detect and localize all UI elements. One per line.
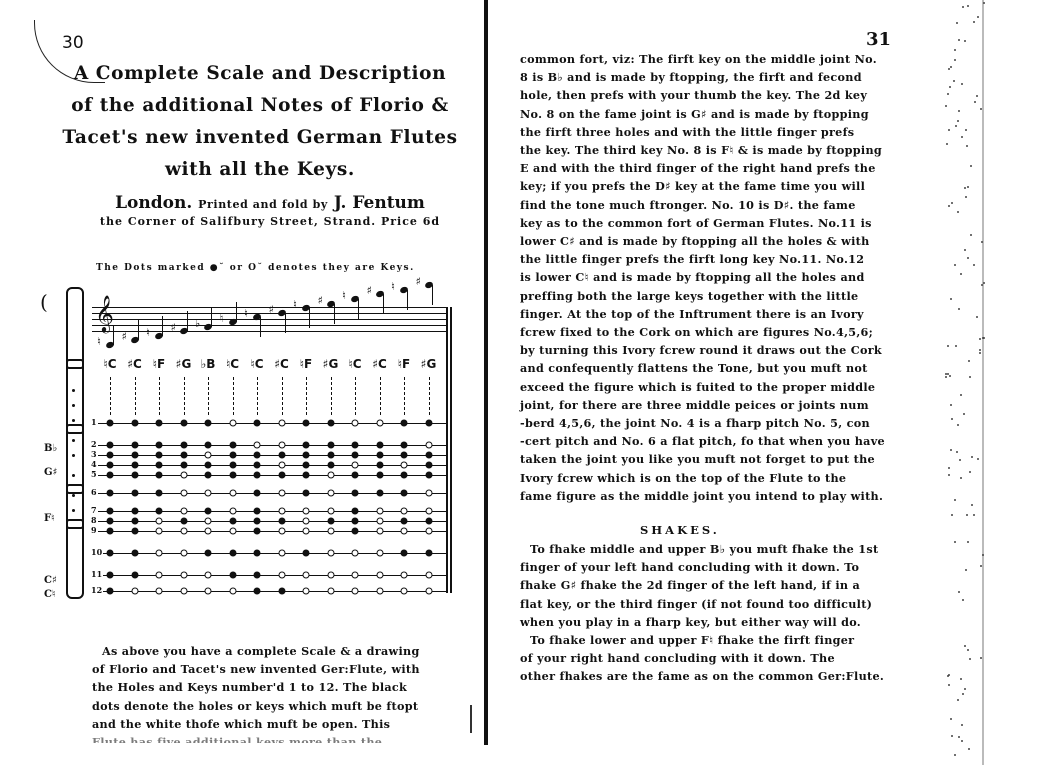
open-hole-dot	[327, 588, 334, 595]
body-line: 8 is B♭ and is made by ftopping, the fir…	[520, 68, 960, 86]
closed-hole-dot	[131, 572, 138, 579]
open-hole-dot	[376, 550, 383, 557]
final-barline	[446, 307, 448, 593]
closed-hole-dot	[180, 518, 187, 525]
note-stem	[309, 308, 310, 328]
imprint: London. Printed and fold by J. Fentum th…	[80, 193, 460, 228]
row-number: 5	[90, 469, 98, 479]
closed-hole-dot	[156, 472, 163, 479]
shakes-line: of your right hand concluding with it do…	[520, 649, 960, 667]
page-number-right: 31	[866, 29, 891, 50]
open-hole-dot	[425, 508, 432, 515]
accidental-icon: ♯	[318, 294, 323, 307]
open-hole-dot	[205, 518, 212, 525]
flute-joint	[66, 359, 84, 369]
open-hole-dot	[376, 518, 383, 525]
open-hole-dot	[425, 572, 432, 579]
fingering-row-line	[90, 553, 448, 554]
flute-hole	[72, 494, 75, 497]
open-hole-dot	[205, 452, 212, 459]
body-line: key; if you prefs the D♯ key at the fame…	[520, 177, 960, 195]
column-guide	[404, 377, 405, 415]
final-barline-thick	[450, 307, 452, 593]
note-stem	[162, 316, 163, 336]
note-stem	[383, 294, 384, 314]
title-line-3: Tacet's new invented German Flutes	[60, 122, 460, 154]
closed-hole-dot	[327, 452, 334, 459]
open-hole-dot	[205, 572, 212, 579]
open-hole-dot	[180, 528, 187, 535]
body-line: As above you have a complete Scale & a d…	[92, 642, 454, 660]
closed-hole-dot	[131, 420, 138, 427]
note-name-label: ♯C	[127, 357, 142, 371]
body-line: by turning this Ivory fcrew round it dra…	[520, 341, 960, 359]
open-hole-dot	[278, 528, 285, 535]
fingering-row-line	[90, 531, 448, 532]
note-stem	[236, 302, 237, 322]
note-name-label: ♯C	[274, 357, 289, 371]
flute-joint	[66, 484, 84, 494]
closed-hole-dot	[107, 508, 114, 515]
closed-hole-dot	[107, 588, 114, 595]
closed-hole-dot	[376, 442, 383, 449]
body-line: finger. At the top of the Inftrument the…	[520, 305, 960, 323]
closed-hole-dot	[254, 508, 261, 515]
closed-hole-dot	[327, 518, 334, 525]
closed-hole-dot	[131, 442, 138, 449]
shakes-line: fhake G♯ fhake the 2d finger of the left…	[520, 576, 960, 594]
closed-hole-dot	[107, 472, 114, 479]
closed-hole-dot	[278, 518, 285, 525]
body-line: lower C♯ and is made by ftopping all the…	[520, 232, 960, 250]
body-line: of Florio and Tacet's new invented Ger:F…	[92, 660, 454, 678]
closed-hole-dot	[352, 490, 359, 497]
note-name-label: ♯G	[323, 357, 339, 371]
column-guide	[208, 377, 209, 415]
closed-hole-dot	[107, 420, 114, 427]
closed-hole-dot	[254, 452, 261, 459]
note-name-label: ♮C	[103, 357, 116, 371]
note-name-label: ♭B	[201, 357, 216, 371]
closed-hole-dot	[205, 508, 212, 515]
body-line: E and with the third finger of the right…	[520, 159, 960, 177]
open-hole-dot	[205, 528, 212, 535]
closed-hole-dot	[401, 420, 408, 427]
open-hole-dot	[376, 420, 383, 427]
open-hole-dot	[156, 550, 163, 557]
closed-hole-dot	[131, 528, 138, 535]
closed-hole-dot	[254, 550, 261, 557]
open-hole-dot	[303, 572, 310, 579]
shakes-line: finger of your left hand concluding with…	[520, 558, 960, 576]
closed-hole-dot	[254, 420, 261, 427]
closed-hole-dot	[425, 462, 432, 469]
closed-hole-dot	[205, 442, 212, 449]
fingering-row-line	[90, 575, 448, 576]
closed-hole-dot	[131, 518, 138, 525]
note-name-label: ♮C	[250, 357, 263, 371]
body-line: -cert pitch and No. 6 a flat pitch, fo t…	[520, 432, 960, 450]
body-line: and the white thofe which muft be open. …	[92, 715, 454, 733]
note-stem	[187, 311, 188, 331]
open-hole-dot	[180, 472, 187, 479]
body-line: Ivory fcrew which is on the top of the F…	[520, 469, 960, 487]
fingering-chart: ( 𝄞 ♮♮C♯♯C♮♮F♯♯G♭♭B♮♮C♮♮C♯♯C♮♮F♯♯G♮♮C♯♯C…	[40, 285, 460, 605]
open-hole-dot	[303, 588, 310, 595]
closed-hole-dot	[401, 550, 408, 557]
row-number: 1	[90, 417, 98, 427]
body-line: exceed the figure which is fuited to the…	[520, 378, 960, 396]
flute-joint	[66, 424, 84, 434]
open-hole-dot	[303, 528, 310, 535]
closed-hole-dot	[205, 472, 212, 479]
fingering-row-line	[90, 511, 448, 512]
closed-hole-dot	[205, 420, 212, 427]
open-hole-dot	[229, 490, 236, 497]
closed-hole-dot	[156, 490, 163, 497]
body-line: is lower C♮ and is made by ftopping all …	[520, 268, 960, 286]
closed-hole-dot	[376, 490, 383, 497]
fingering-row-line	[90, 493, 448, 494]
body-line-cut: Flute has five additional keys more than…	[92, 733, 454, 743]
closed-hole-dot	[303, 452, 310, 459]
open-hole-dot	[180, 588, 187, 595]
imprint-publisher: J. Fentum	[334, 193, 425, 213]
open-hole-dot	[205, 588, 212, 595]
closed-hole-dot	[156, 462, 163, 469]
body-line: find the tone much ftronger. No. 10 is D…	[520, 196, 960, 214]
closed-hole-dot	[376, 472, 383, 479]
closed-hole-dot	[425, 452, 432, 459]
open-hole-dot	[180, 490, 187, 497]
row-number: 7	[90, 505, 98, 515]
open-hole-dot	[303, 518, 310, 525]
flute-joint	[66, 519, 84, 529]
closed-hole-dot	[278, 588, 285, 595]
key-label: F♮	[44, 513, 55, 524]
note-name-label: ♯G	[176, 357, 192, 371]
body-line: -berd 4,5,6, the joint No. 4 is a fharp …	[520, 414, 960, 432]
closed-hole-dot	[254, 472, 261, 479]
accidental-icon: ♯	[416, 275, 421, 288]
note-name-label: ♮F	[300, 357, 313, 371]
accidental-icon: ♯	[171, 321, 176, 334]
open-hole-dot	[401, 508, 408, 515]
closed-hole-dot	[229, 442, 236, 449]
closed-hole-dot	[254, 528, 261, 535]
body-line: taken the joint you like you muft not fo…	[520, 450, 960, 468]
note-stem	[358, 299, 359, 319]
closed-hole-dot	[327, 442, 334, 449]
flute-hole	[72, 419, 75, 422]
body-line: and confequently flattens the Tone, but …	[520, 359, 960, 377]
accidental-icon: ♮	[146, 326, 150, 339]
open-hole-dot	[425, 588, 432, 595]
closed-hole-dot	[180, 462, 187, 469]
closed-hole-dot	[107, 490, 114, 497]
open-hole-dot	[229, 588, 236, 595]
key-label: B♭	[44, 443, 57, 454]
column-guide	[429, 377, 430, 415]
left-page: 30 A Complete Scale and Description of t…	[0, 0, 486, 765]
open-hole-dot	[401, 462, 408, 469]
fingering-row-line	[90, 455, 448, 456]
closed-hole-dot	[131, 472, 138, 479]
closed-hole-dot	[205, 462, 212, 469]
closed-hole-dot	[303, 550, 310, 557]
closed-hole-dot	[156, 420, 163, 427]
note-stem	[113, 325, 114, 345]
row-number: 3	[90, 449, 98, 459]
note-stem	[285, 313, 286, 333]
closed-hole-dot	[131, 452, 138, 459]
open-hole-dot	[180, 572, 187, 579]
open-hole-dot	[254, 442, 261, 449]
closed-hole-dot	[303, 462, 310, 469]
key-label: C♮	[44, 589, 56, 600]
row-number: 9	[90, 525, 98, 535]
column-guide	[282, 377, 283, 415]
open-hole-dot	[180, 550, 187, 557]
open-hole-dot	[376, 572, 383, 579]
row-number: 4	[90, 459, 98, 469]
staff-line	[92, 319, 448, 320]
open-hole-dot	[327, 490, 334, 497]
closed-hole-dot	[229, 462, 236, 469]
open-hole-dot	[205, 490, 212, 497]
treble-clef-icon: 𝄞	[95, 297, 114, 329]
closed-hole-dot	[107, 462, 114, 469]
column-guide	[233, 377, 234, 415]
accidental-icon: ♯	[122, 330, 127, 343]
title-line-4: with all the Keys.	[60, 154, 460, 186]
body-line: dots denote the holes or keys which muft…	[92, 697, 454, 715]
open-hole-dot	[278, 420, 285, 427]
closed-hole-dot	[131, 550, 138, 557]
row-number: 10	[90, 547, 103, 557]
flute-hole	[72, 474, 75, 477]
open-hole-dot	[278, 462, 285, 469]
closed-hole-dot	[278, 452, 285, 459]
closed-hole-dot	[156, 452, 163, 459]
column-guide	[135, 377, 136, 415]
closed-hole-dot	[180, 452, 187, 459]
note-name-label: ♮F	[398, 357, 411, 371]
closed-hole-dot	[254, 572, 261, 579]
accidental-icon: ♮	[391, 280, 395, 293]
accidental-icon: ♮	[244, 307, 248, 320]
open-hole-dot	[229, 528, 236, 535]
column-guide	[110, 377, 111, 415]
open-hole-dot	[156, 572, 163, 579]
closed-hole-dot	[180, 420, 187, 427]
closed-hole-dot	[352, 442, 359, 449]
note-name-label: ♯C	[372, 357, 387, 371]
row-number: 8	[90, 515, 98, 525]
closed-hole-dot	[376, 462, 383, 469]
margin-bracket: (	[40, 290, 48, 314]
open-hole-dot	[327, 572, 334, 579]
shakes-line: when you play in a fharp key, but either…	[520, 613, 960, 631]
row-number: 6	[90, 487, 98, 497]
note-stem	[138, 320, 139, 340]
accidental-icon: ♯	[269, 303, 274, 316]
closed-hole-dot	[254, 518, 261, 525]
note-name-label: ♮C	[348, 357, 361, 371]
flute-hole	[72, 389, 75, 392]
column-guide	[380, 377, 381, 415]
closed-hole-dot	[303, 420, 310, 427]
note-name-label: ♮C	[226, 357, 239, 371]
page-title: A Complete Scale and Description of the …	[60, 58, 460, 186]
closed-hole-dot	[229, 550, 236, 557]
flute-hole	[72, 404, 75, 407]
open-hole-dot	[180, 508, 187, 515]
closed-hole-dot	[278, 472, 285, 479]
flute-drawing	[66, 287, 84, 599]
body-line: the Holes and Keys number'd 1 to 12. The…	[92, 678, 454, 696]
imprint-printed-by: Printed and fold by	[198, 198, 328, 211]
body-line: fcrew fixed to the Cork on which are fig…	[520, 323, 960, 341]
open-hole-dot	[352, 588, 359, 595]
note-name-label: ♮F	[153, 357, 166, 371]
open-hole-dot	[352, 462, 359, 469]
closed-hole-dot	[376, 452, 383, 459]
closed-hole-dot	[352, 472, 359, 479]
open-hole-dot	[327, 550, 334, 557]
body-line: preffing both the large keys together wi…	[520, 287, 960, 305]
open-hole-dot	[376, 508, 383, 515]
body-line: the firft three holes and with the littl…	[520, 123, 960, 141]
closed-hole-dot	[131, 462, 138, 469]
closed-hole-dot	[156, 442, 163, 449]
closed-hole-dot	[180, 442, 187, 449]
row-number: 12	[90, 585, 103, 595]
note-stem	[334, 304, 335, 324]
open-hole-dot	[278, 550, 285, 557]
body-line: hole, then prefs with your thumb the key…	[520, 86, 960, 104]
closed-hole-dot	[401, 518, 408, 525]
body-line: the key. The third key No. 8 is F♮ & is …	[520, 141, 960, 159]
accidental-icon: ♭	[195, 317, 200, 330]
fingering-row-line	[90, 423, 448, 424]
fingering-row-line	[90, 465, 448, 466]
flute-hole	[72, 509, 75, 512]
closed-hole-dot	[131, 490, 138, 497]
right-page: 31 common fort, viz: The firft key on th…	[488, 0, 1053, 765]
open-hole-dot	[229, 420, 236, 427]
closed-hole-dot	[254, 588, 261, 595]
accidental-icon: ♯	[367, 284, 372, 297]
closed-hole-dot	[327, 420, 334, 427]
page-number-left: 30	[62, 33, 84, 53]
closed-hole-dot	[254, 462, 261, 469]
closed-hole-dot	[352, 518, 359, 525]
fingering-row-line	[90, 521, 448, 522]
closed-hole-dot	[107, 550, 114, 557]
open-hole-dot	[156, 528, 163, 535]
closed-hole-dot	[229, 572, 236, 579]
closed-hole-dot	[327, 462, 334, 469]
body-line: the little finger prefs the firft long k…	[520, 250, 960, 268]
open-hole-dot	[131, 588, 138, 595]
column-guide	[331, 377, 332, 415]
closed-hole-dot	[229, 452, 236, 459]
shakes-line: To fhake middle and upper B♭ you muft fh…	[520, 540, 960, 558]
closed-hole-dot	[107, 442, 114, 449]
fingering-row-line	[90, 591, 448, 592]
open-hole-dot	[376, 528, 383, 535]
body-line: key as to the common fort of German Flut…	[520, 214, 960, 232]
open-hole-dot	[352, 420, 359, 427]
column-guide	[184, 377, 185, 415]
closed-hole-dot	[352, 508, 359, 515]
open-hole-dot	[278, 508, 285, 515]
column-guide	[257, 377, 258, 415]
note-name-label: ♯G	[421, 357, 437, 371]
open-hole-dot	[156, 518, 163, 525]
closed-hole-dot	[401, 442, 408, 449]
open-hole-dot	[156, 588, 163, 595]
closed-hole-dot	[425, 420, 432, 427]
flute-hole	[72, 454, 75, 457]
closed-hole-dot	[107, 518, 114, 525]
closed-hole-dot	[401, 490, 408, 497]
open-hole-dot	[352, 550, 359, 557]
open-hole-dot	[229, 508, 236, 515]
open-hole-dot	[376, 588, 383, 595]
open-hole-dot	[401, 528, 408, 535]
closed-hole-dot	[401, 472, 408, 479]
column-guide	[306, 377, 307, 415]
open-hole-dot	[401, 588, 408, 595]
closed-hole-dot	[352, 528, 359, 535]
shakes-line: To fhake lower and upper F♮ fhake the fi…	[520, 631, 960, 649]
open-hole-dot	[425, 442, 432, 449]
closed-hole-dot	[131, 508, 138, 515]
closed-hole-dot	[425, 550, 432, 557]
body-line: No. 8 on the fame joint is G♯ and is mad…	[520, 105, 960, 123]
shakes-text: To fhake middle and upper B♭ you muft fh…	[520, 540, 960, 686]
flute-hole	[72, 439, 75, 442]
closed-hole-dot	[401, 452, 408, 459]
imprint-address-price: the Corner of Salifbury Street, Strand. …	[80, 215, 460, 228]
column-guide	[355, 377, 356, 415]
open-hole-dot	[278, 490, 285, 497]
row-number: 2	[90, 439, 98, 449]
open-hole-dot	[401, 572, 408, 579]
closed-hole-dot	[303, 490, 310, 497]
fingering-row-line	[90, 445, 448, 446]
closed-hole-dot	[303, 442, 310, 449]
closed-hole-dot	[254, 490, 261, 497]
key-label: G♯	[44, 467, 57, 478]
closed-hole-dot	[205, 550, 212, 557]
imprint-city: London.	[115, 193, 192, 213]
open-hole-dot	[278, 572, 285, 579]
closed-hole-dot	[229, 472, 236, 479]
accidental-icon: ♮	[97, 335, 101, 348]
closed-hole-dot	[156, 508, 163, 515]
right-body-text: common fort, viz: The firft key on the m…	[520, 50, 960, 505]
open-hole-dot	[327, 472, 334, 479]
open-hole-dot	[352, 572, 359, 579]
row-number: 11	[90, 569, 103, 579]
shakes-heading: SHAKES.	[640, 523, 720, 537]
title-line-2: of the additional Notes of Florio &	[60, 90, 460, 122]
shakes-line: other fhakes are the fame as on the comm…	[520, 667, 960, 685]
closed-hole-dot	[303, 472, 310, 479]
